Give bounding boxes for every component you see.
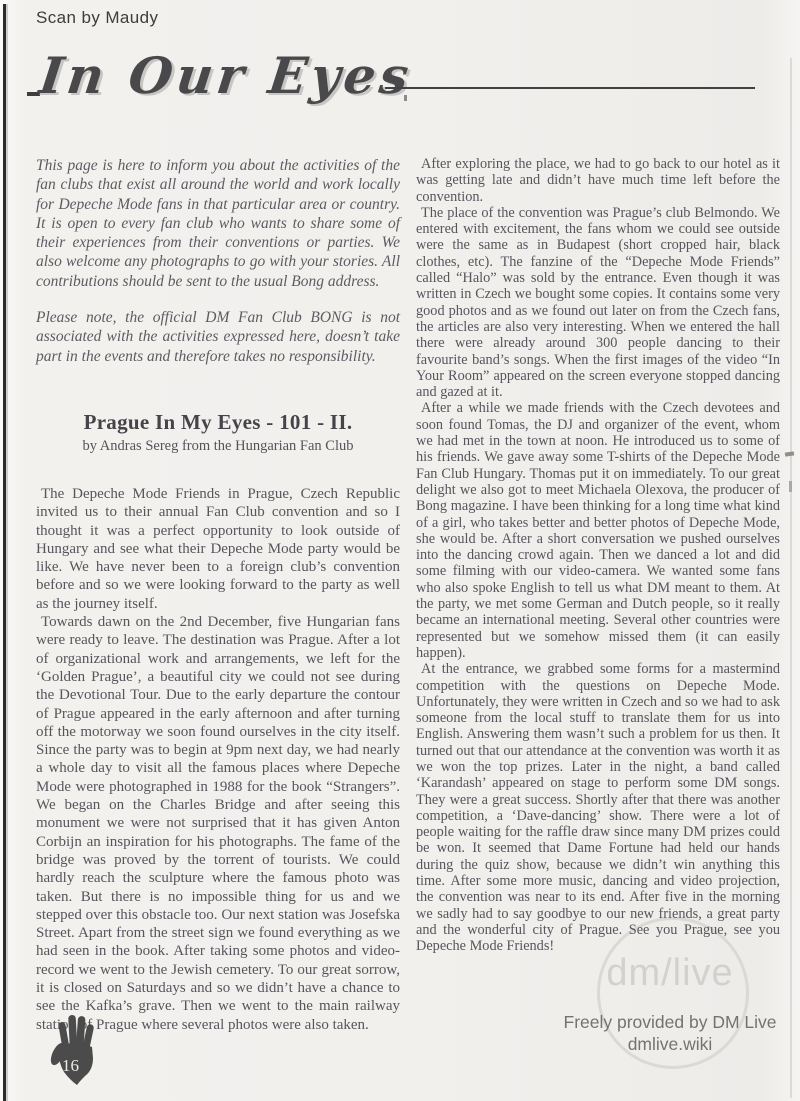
masthead-rule (385, 87, 755, 89)
right-column: After exploring the place, we had to go … (416, 156, 780, 955)
provider-credit-url: dmlive.wiki (510, 1033, 800, 1055)
article-byline: by Andras Sereg from the Hungarian Fan C… (36, 437, 400, 455)
article-paragraph: After a while we made friends with the C… (416, 400, 780, 661)
left-column: This page is here to inform you about th… (36, 156, 400, 1034)
scan-edge-line (790, 58, 792, 1098)
article-heading: Prague In My Eyes - 101 - II. (36, 410, 400, 435)
article-paragraph: The place of the convention was Prague’s… (416, 205, 780, 401)
article-paragraph: After exploring the place, we had to go … (416, 156, 780, 205)
page-spine-shadow (6, 4, 8, 1101)
scan-artifact (404, 95, 407, 101)
provider-credit: Freely provided by DM Live dmlive.wiki (510, 1011, 800, 1055)
watermark-logo: dm/live (595, 952, 745, 995)
provider-credit-line: Freely provided by DM Live (510, 1011, 800, 1033)
article-paragraph: At the entrance, we grabbed some forms f… (416, 661, 780, 954)
article-paragraph: Towards dawn on the 2nd December, five H… (36, 613, 400, 1034)
article-paragraph: The Depeche Mode Friends in Prague, Czec… (36, 485, 400, 613)
scan-credit: Scan by Maudy (36, 8, 158, 28)
magazine-page: Scan by Maudy In Our Eyes This page is h… (0, 0, 800, 1101)
page-title: In Our Eyes (37, 48, 444, 104)
scan-artifact (785, 451, 794, 456)
scan-artifact (789, 481, 792, 492)
hand-print-icon (50, 1014, 100, 1090)
disclaimer-paragraph: Please note, the official DM Fan Club BO… (36, 308, 400, 366)
intro-paragraph: This page is here to inform you about th… (36, 156, 400, 291)
page-number: 16 (62, 1056, 79, 1076)
